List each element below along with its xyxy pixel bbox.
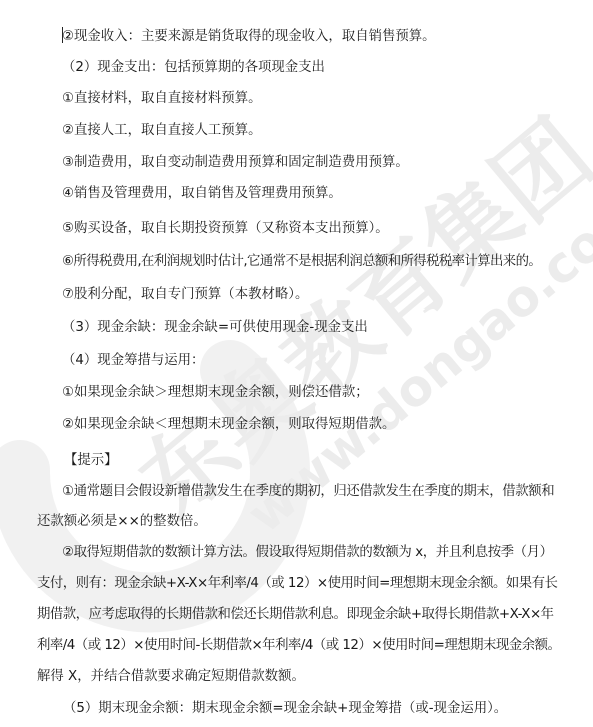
hint2-line2: 支付，则有：现金余缺+X-X×年利率/4（或 12）×使用时间=理想期末现金余额…	[37, 575, 557, 593]
item-direct-materials: ①直接材料，取自直接材料预算。	[62, 90, 261, 108]
item-repay: ①如果现金余缺＞理想期末现金余额，则偿还借款；	[62, 384, 369, 402]
item-selling-admin: ④销售及管理费用，取自销售及管理费用预算。	[62, 185, 342, 203]
heading-financing: （4）现金筹措与运用：	[62, 352, 204, 370]
item-borrow: ②如果现金余缺＜理想期末现金余额，则取得短期借款。	[62, 416, 395, 434]
item-dividends: ⑦股利分配，取自专门预算（本教材略）。	[62, 286, 308, 304]
hint2-line1: ②取得短期借款的数额计算方法。假设取得短期借款的数额为 x，并且利息按季（月）	[62, 544, 553, 562]
heading-cash-disbursements: （2）现金支出：包括预算期的各项现金支出	[62, 59, 325, 77]
item-equipment: ⑤购买设备，取自长期投资预算（又称资本支出预算）。	[62, 220, 389, 238]
hint1-line1: ①通常题目会假设新增借款发生在季度的期初，归还借款发生在季度的期末，借款额和	[62, 483, 554, 501]
hint2-line4: 利率/4（或 12）×使用时间-长期借款×年利率/4（或 12）×使用时间=理想…	[37, 637, 560, 655]
item-direct-labor: ②直接人工，取自直接人工预算。	[62, 122, 261, 140]
item-income-tax: ⑥所得税费用,在利润规划时估计,它通常不是根据利润总额和所得税税率计算出来的。	[62, 253, 541, 271]
cash-receipts-line: ②现金收入：主要来源是销货取得的现金收入，取自销售预算。	[62, 27, 436, 46]
heading-cash-surplus: （3）现金余缺：现金余缺=可供使用现金-现金支出	[62, 319, 368, 337]
hint-label: 【提示】	[64, 452, 118, 470]
hint2-line5: 解得 X，并结合借款要求确定短期借款数额。	[37, 668, 305, 686]
item-manufacturing-overhead: ③制造费用，取自变动制造费用预算和固定制造费用预算。	[62, 154, 409, 172]
hint2-line3: 期借款，应考虑取得的长期借款和偿还长期借款利息。即现金余缺+取得长期借款+X-X…	[37, 606, 554, 624]
hint1-line2: 还款额必须是××的整数倍。	[37, 513, 207, 531]
cash-receipts-text: ②现金收入：主要来源是销货取得的现金收入，取自销售预算。	[62, 29, 436, 44]
heading-ending-balance: （5）期末现金余额：期末现金余额=现金余缺+现金筹措（或-现金运用）。	[63, 700, 507, 718]
